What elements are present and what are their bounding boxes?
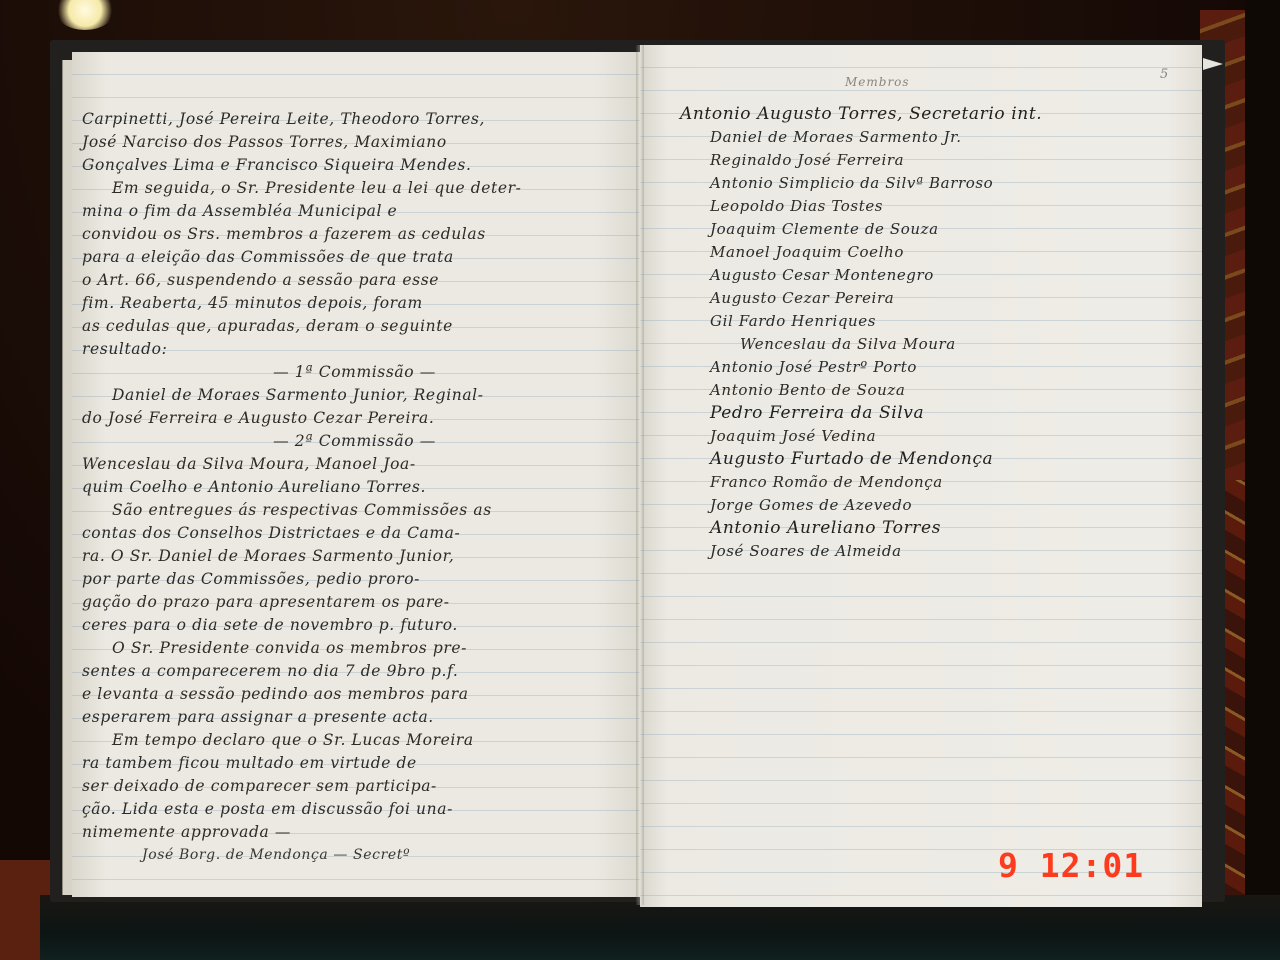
signature: Franco Romão de Mendonça [680,471,1042,494]
text-line: ra tambem ficou multado em virtude de [82,752,627,775]
text-line: Wenceslau da Silva Moura, Manoel Joa- [82,453,627,476]
signature: Wenceslau da Silva Moura [680,333,1042,356]
text-line: gação do prazo para apresentarem os pare… [82,591,627,614]
text-line: o Art. 66, suspendendo a sessão para ess… [82,269,627,292]
book-spine [636,45,644,905]
page-number: 5 [1160,67,1168,82]
text-line: quim Coelho e Antonio Aureliano Torres. [82,476,627,499]
signature: José Soares de Almeida [680,540,1042,563]
text-line: ceres para o dia sete de novembro p. fut… [82,614,627,637]
text-line: O Sr. Presidente convida os membros pre- [82,637,640,660]
signature: Augusto Cezar Pereira [680,287,1042,310]
text-line: São entregues ás respectivas Commissões … [82,499,640,522]
signature: Augusto Furtado de Mendonça [680,448,1042,471]
text-line: por parte das Commissões, pedio proro- [82,568,627,591]
text-line: as cedulas que, apuradas, deram o seguin… [82,315,627,338]
text-line: Daniel de Moraes Sarmento Junior, Regina… [82,384,640,407]
text-line: ra. O Sr. Daniel de Moraes Sarmento Juni… [82,545,627,568]
text-line: esperarem para assignar a presente acta. [82,706,627,729]
text-line: nimemente approvada — [82,821,627,844]
signature: Augusto Cesar Montenegro [680,264,1042,287]
signature: Antonio Augusto Torres, Secretario int. [680,103,1042,126]
signature: Gil Fardo Henriques [680,310,1042,333]
text-line: ser deixado de comparecer sem participa- [82,775,627,798]
page-tab-marker [1203,58,1223,70]
text-line: Em tempo declaro que o Sr. Lucas Moreira [82,729,640,752]
signature: Manoel Joaquim Coelho [680,241,1042,264]
secretary-signature: José Borg. de Mendonça — Secretº [82,844,640,867]
signature: Daniel de Moraes Sarmento Jr. [680,126,1042,149]
right-page: Membros 5 Antonio Augusto Torres, Secret… [640,45,1202,907]
text-line: Em seguida, o Sr. Presidente leu a lei q… [82,177,640,200]
signature: Antonio Aureliano Torres [680,517,1042,540]
section-heading: — 1ª Commissão — [82,361,627,384]
signature: Jorge Gomes de Azevedo [680,494,1042,517]
text-line: para a eleição das Commissões de que tra… [82,246,627,269]
text-line: sentes a comparecerem no dia 7 de 9bro p… [82,660,627,683]
text-line: e levanta a sessão pedindo aos membros p… [82,683,627,706]
text-line: José Narciso dos Passos Torres, Maximian… [82,131,627,154]
signature: Leopoldo Dias Tostes [680,195,1042,218]
signature: Antonio Simplicio da Silvª Barroso [680,172,1042,195]
signature-list: Antonio Augusto Torres, Secretario int. … [680,103,1042,563]
signature: Joaquim José Vedina [680,425,1042,448]
text-line: mina o fim da Assembléa Municipal e [82,200,627,223]
left-page-text: Carpinetti, José Pereira Leite, Theodoro… [82,108,640,867]
text-line: Carpinetti, José Pereira Leite, Theodoro… [82,108,627,131]
signature: Antonio José Pestrº Porto [680,356,1042,379]
signature: Reginaldo José Ferreira [680,149,1042,172]
text-line: Gonçalves Lima e Francisco Siqueira Mend… [82,154,627,177]
page-header: Membros [845,75,910,89]
text-line: resultado: [82,338,627,361]
text-line: contas dos Conselhos Districtaes e da Ca… [82,522,627,545]
signature: Pedro Ferreira da Silva [680,402,1042,425]
text-line: do José Ferreira e Augusto Cezar Pereira… [82,407,627,430]
signature: Joaquim Clemente de Souza [680,218,1042,241]
text-line: convidou os Srs. membros a fazerem as ce… [82,223,627,246]
display-case-frame [1245,0,1280,960]
left-page: Carpinetti, José Pereira Leite, Theodoro… [72,52,640,897]
text-line: ção. Lida esta e posta em discussão foi … [82,798,627,821]
signature: Antonio Bento de Souza [680,379,1042,402]
section-heading: — 2ª Commissão — [82,430,627,453]
camera-date-stamp: 9 12:01 [998,846,1144,885]
text-line: fim. Reaberta, 45 minutos depois, foram [82,292,627,315]
